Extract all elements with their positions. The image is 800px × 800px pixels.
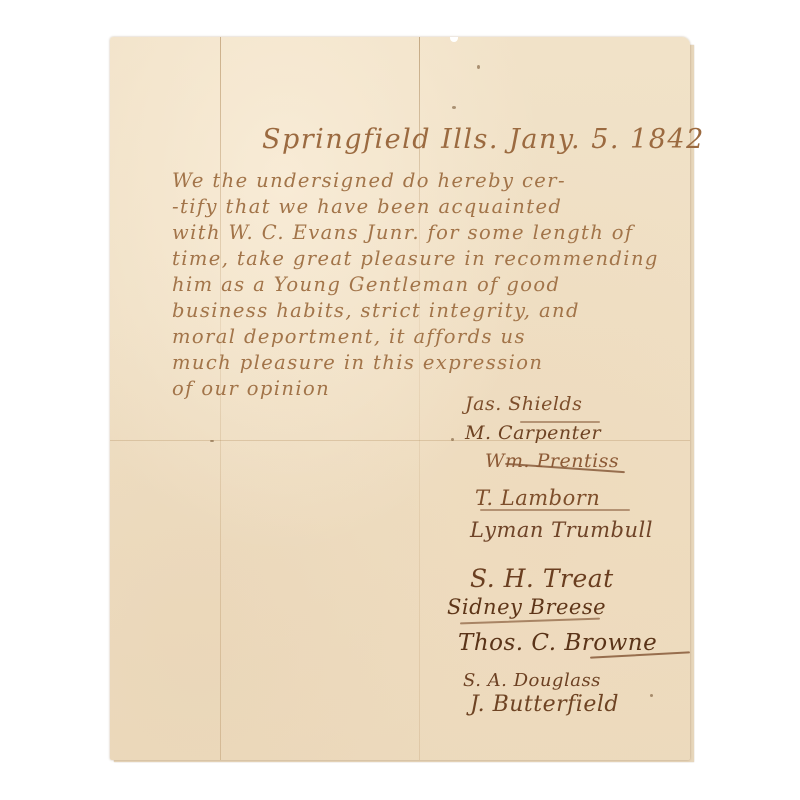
- signature-treat: S. H. Treat: [470, 564, 614, 593]
- body-line: moral deportment, it affords us: [172, 324, 659, 350]
- body-line: time, take great pleasure in recommendin…: [172, 246, 659, 272]
- letter-body: We the undersigned do hereby cer- -tify …: [172, 168, 659, 402]
- signature-butterfield: J. Butterfield: [470, 692, 619, 717]
- signature-breese: Sidney Breese: [447, 595, 606, 619]
- signature-douglass: S. A. Douglass: [463, 670, 601, 691]
- signature-lamborn: T. Lamborn: [475, 486, 600, 510]
- horizontal-fold-line: [110, 440, 690, 441]
- body-line: We the undersigned do hereby cer-: [172, 168, 659, 194]
- body-line: much pleasure in this expression: [172, 350, 659, 376]
- signature-trumbull: Lyman Trumbull: [470, 518, 653, 542]
- body-line: with W. C. Evans Junr. for some length o…: [172, 220, 659, 246]
- body-line: him as a Young Gentleman of good: [172, 272, 659, 298]
- body-line: -tify that we have been acquainted: [172, 194, 659, 220]
- ink-spot: [210, 440, 214, 442]
- signature-browne: Thos. C. Browne: [458, 630, 657, 656]
- ink-spot: [477, 65, 480, 69]
- signature-shields: Jas. Shields: [465, 393, 582, 415]
- ink-spot: [650, 694, 653, 697]
- ink-spot: [451, 438, 454, 441]
- signature-prentiss: Wm. Prentiss: [485, 450, 619, 472]
- ink-spot: [452, 106, 456, 109]
- letter-heading-place-date: Springfield Ills. Jany. 5. 1842: [262, 124, 705, 155]
- signature-carpenter: M. Carpenter: [465, 422, 601, 444]
- body-line: business habits, strict integrity, and: [172, 298, 659, 324]
- body-line: of our opinion: [172, 376, 659, 402]
